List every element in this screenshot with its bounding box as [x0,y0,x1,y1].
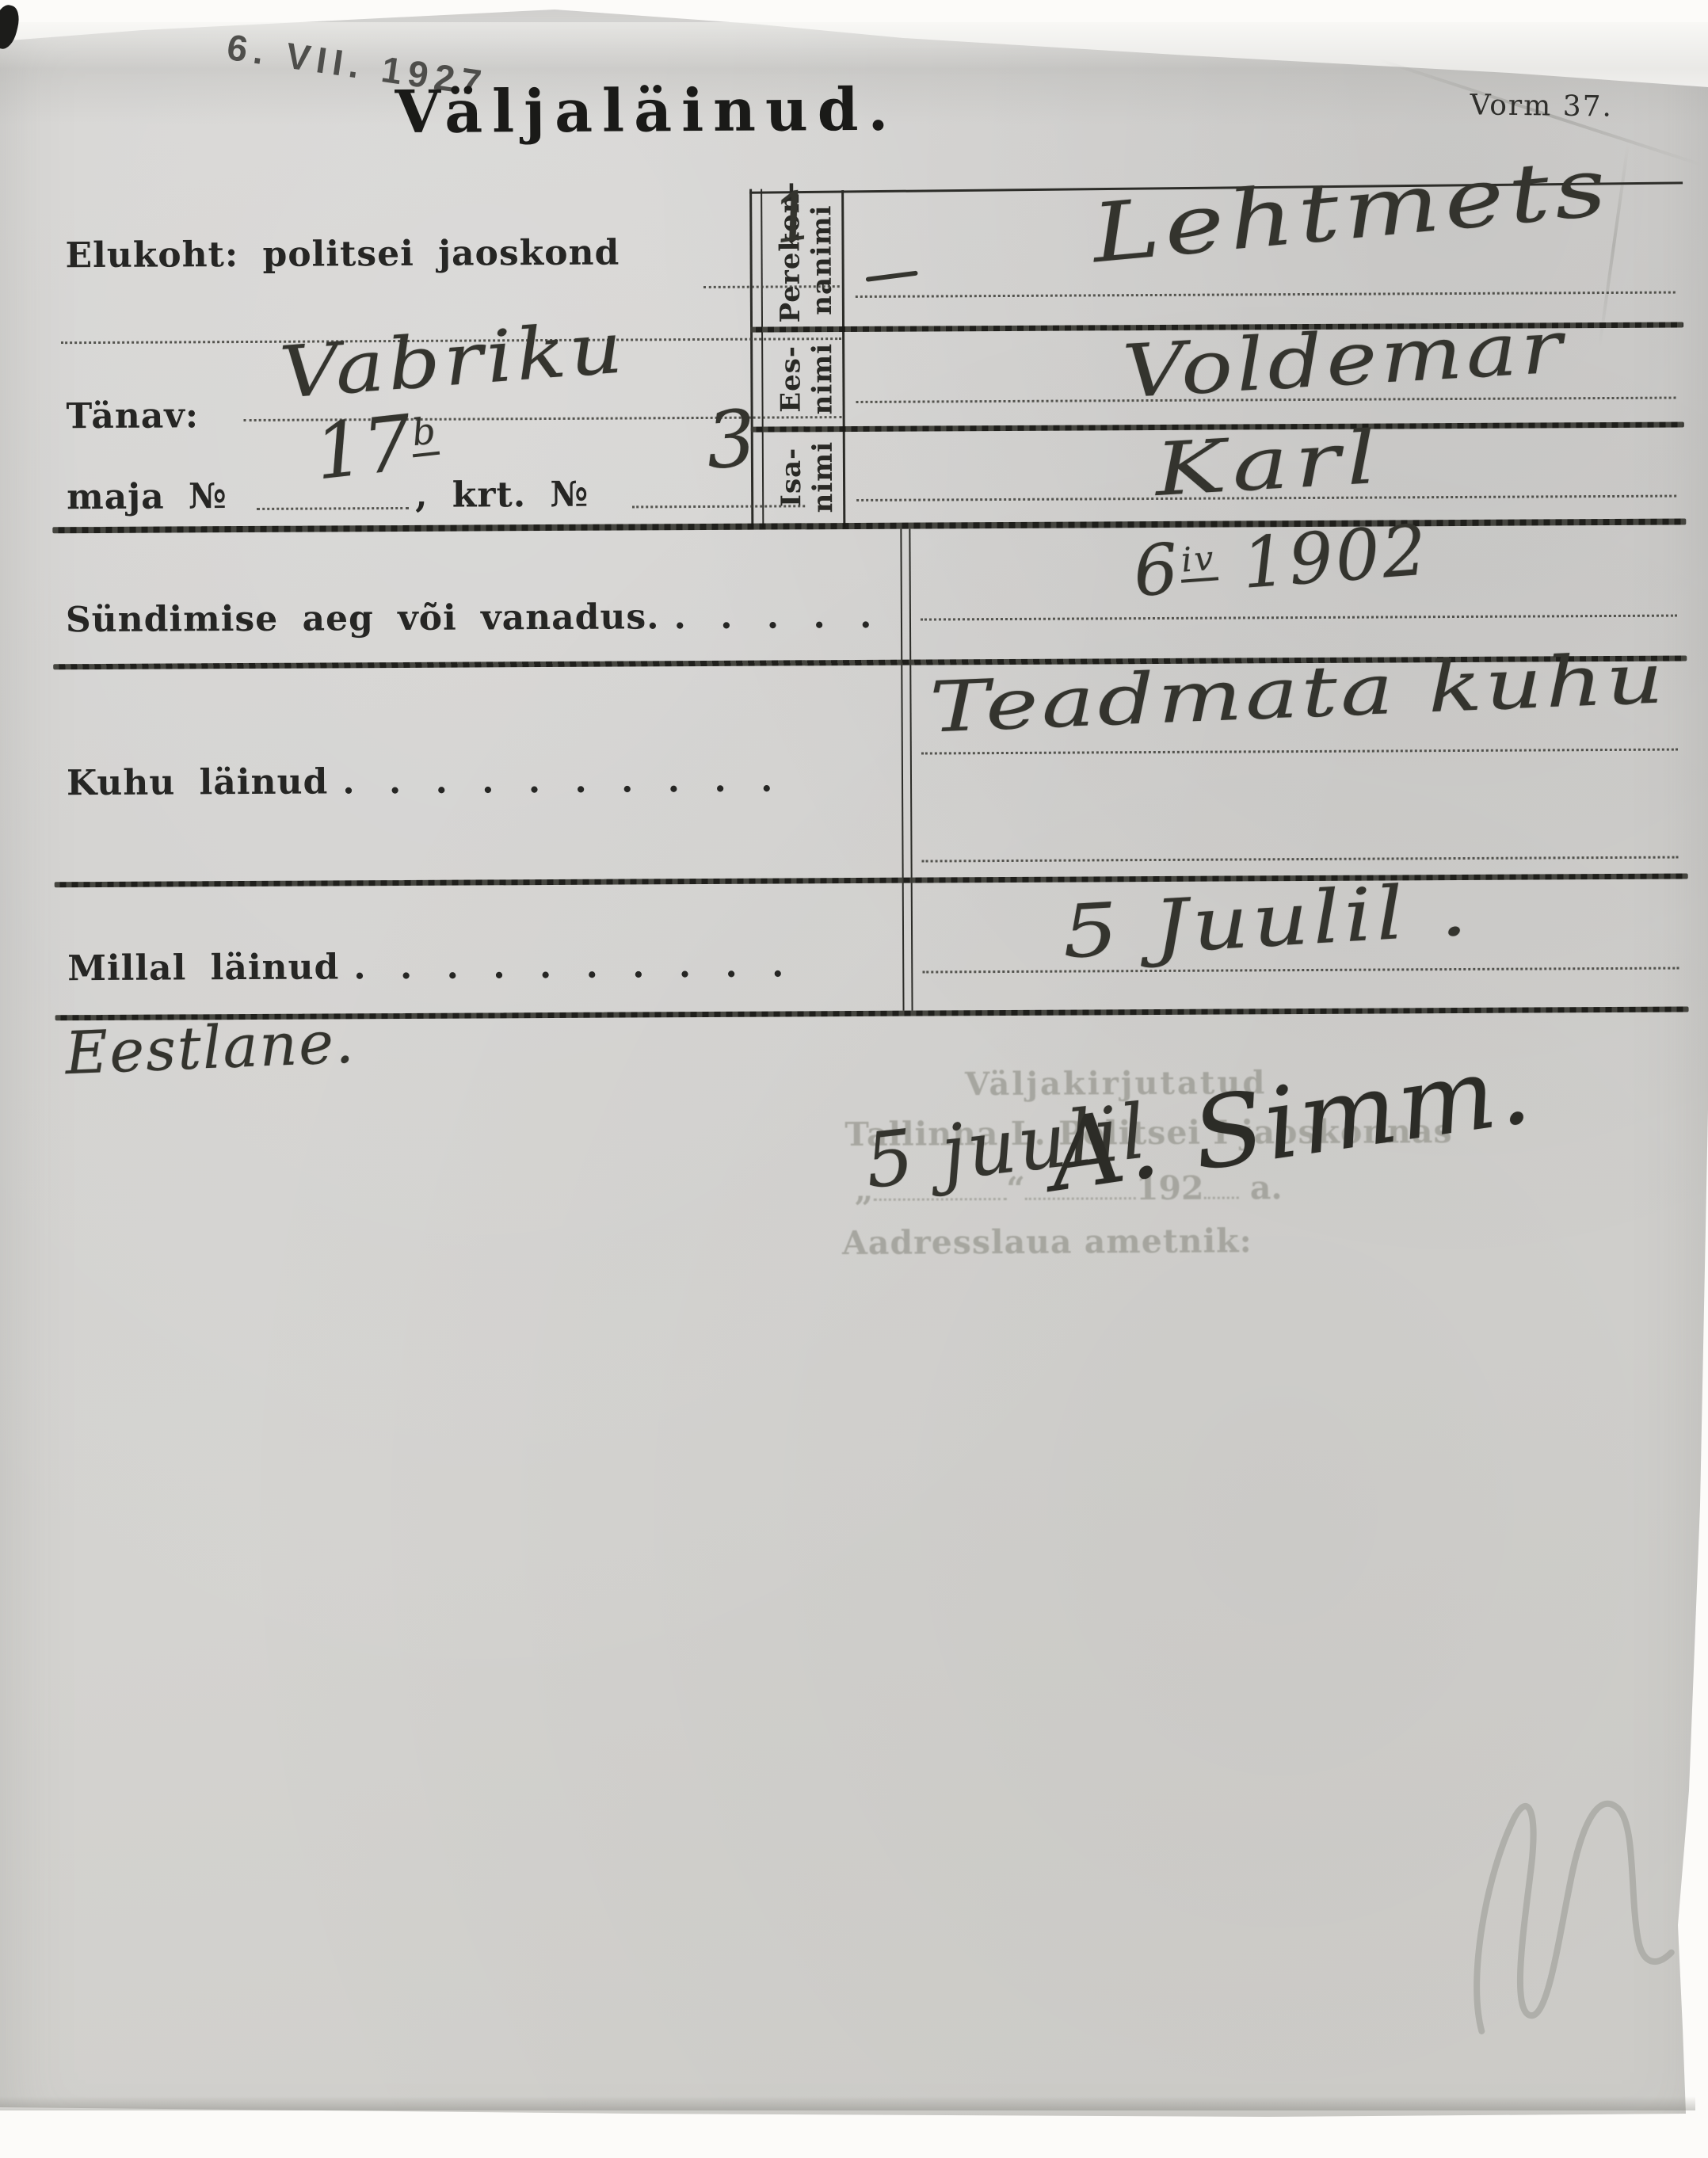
official-signature: A. Simm. [1042,1031,1538,1214]
where-gone-entry-line-2 [922,856,1679,863]
house-number-digits: 17 [311,398,417,498]
when-gone-value: 5 Juulil . [1060,867,1473,975]
lower-section-divider [900,529,913,1011]
where-gone-entry-line-1 [921,749,1678,755]
where-gone-value: Teadmata kuhu [928,637,1668,748]
when-gone-entry-line [922,967,1679,974]
birth-entry-line [921,615,1677,621]
scanned-form-page: 6. VII. 1927 Väljaläinud. Vorm 37. Perek… [0,0,1708,2158]
apartment-number-value: 3 [703,394,760,487]
fathername-label-line2: nimi [807,433,840,520]
page-title: Väljaläinud. [395,76,898,147]
birth-label: Sündimise aeg või vanadus.. . . . . [66,596,873,640]
fathername-value: Karl [1153,415,1385,513]
where-gone-label-text: Kuhu läinud [67,761,329,803]
section-rule-1 [52,518,1686,533]
when-gone-label-dots: . . . . . . . . . . [353,944,784,987]
where-gone-label: Kuhu läinud. . . . . . . . . . [67,760,774,804]
firstname-label: Ees- nimi [775,335,842,422]
firstname-label-line1: Ees- [775,335,807,422]
nationality-value: Eestlane. [64,1008,356,1089]
residence-value-flourish [866,271,918,282]
house-number-label: maja № [67,476,227,517]
birth-day: 6 [1130,528,1184,612]
birth-label-dots: . . . . . [673,596,872,637]
where-gone-label-dots: . . . . . . . . . . [342,760,773,803]
street-value: Vabriku [277,306,629,414]
birth-month: iv [1178,538,1218,582]
surname-value: Lehtmets [1088,139,1615,281]
form-number: Vorm 37. [1470,89,1613,123]
apartment-number-label: , krt. № [415,475,589,516]
residence-label: Elukoht: politsei jaoskond [65,233,620,276]
when-gone-label: Millal läinud. . . . . . . . . . [67,944,784,989]
when-gone-label-text: Millal läinud [67,947,339,989]
surname-entry-line [856,292,1676,298]
house-number-entry-line [257,507,409,510]
house-number-suffix: b [408,409,440,457]
birth-label-text: Sündimise aeg või vanadus. [66,597,660,640]
fathername-label-line1: Isa- [776,433,808,520]
pencil-mark [1452,1776,1707,2047]
issue-stamp-official-line: Aadresslaua ametnik: [842,1222,1252,1262]
fathername-label: Isa- nimi [776,433,843,520]
birth-year: 1902 [1239,509,1432,604]
street-label: Tänav: [66,395,199,437]
firstname-label-line2: nimi [806,335,839,422]
